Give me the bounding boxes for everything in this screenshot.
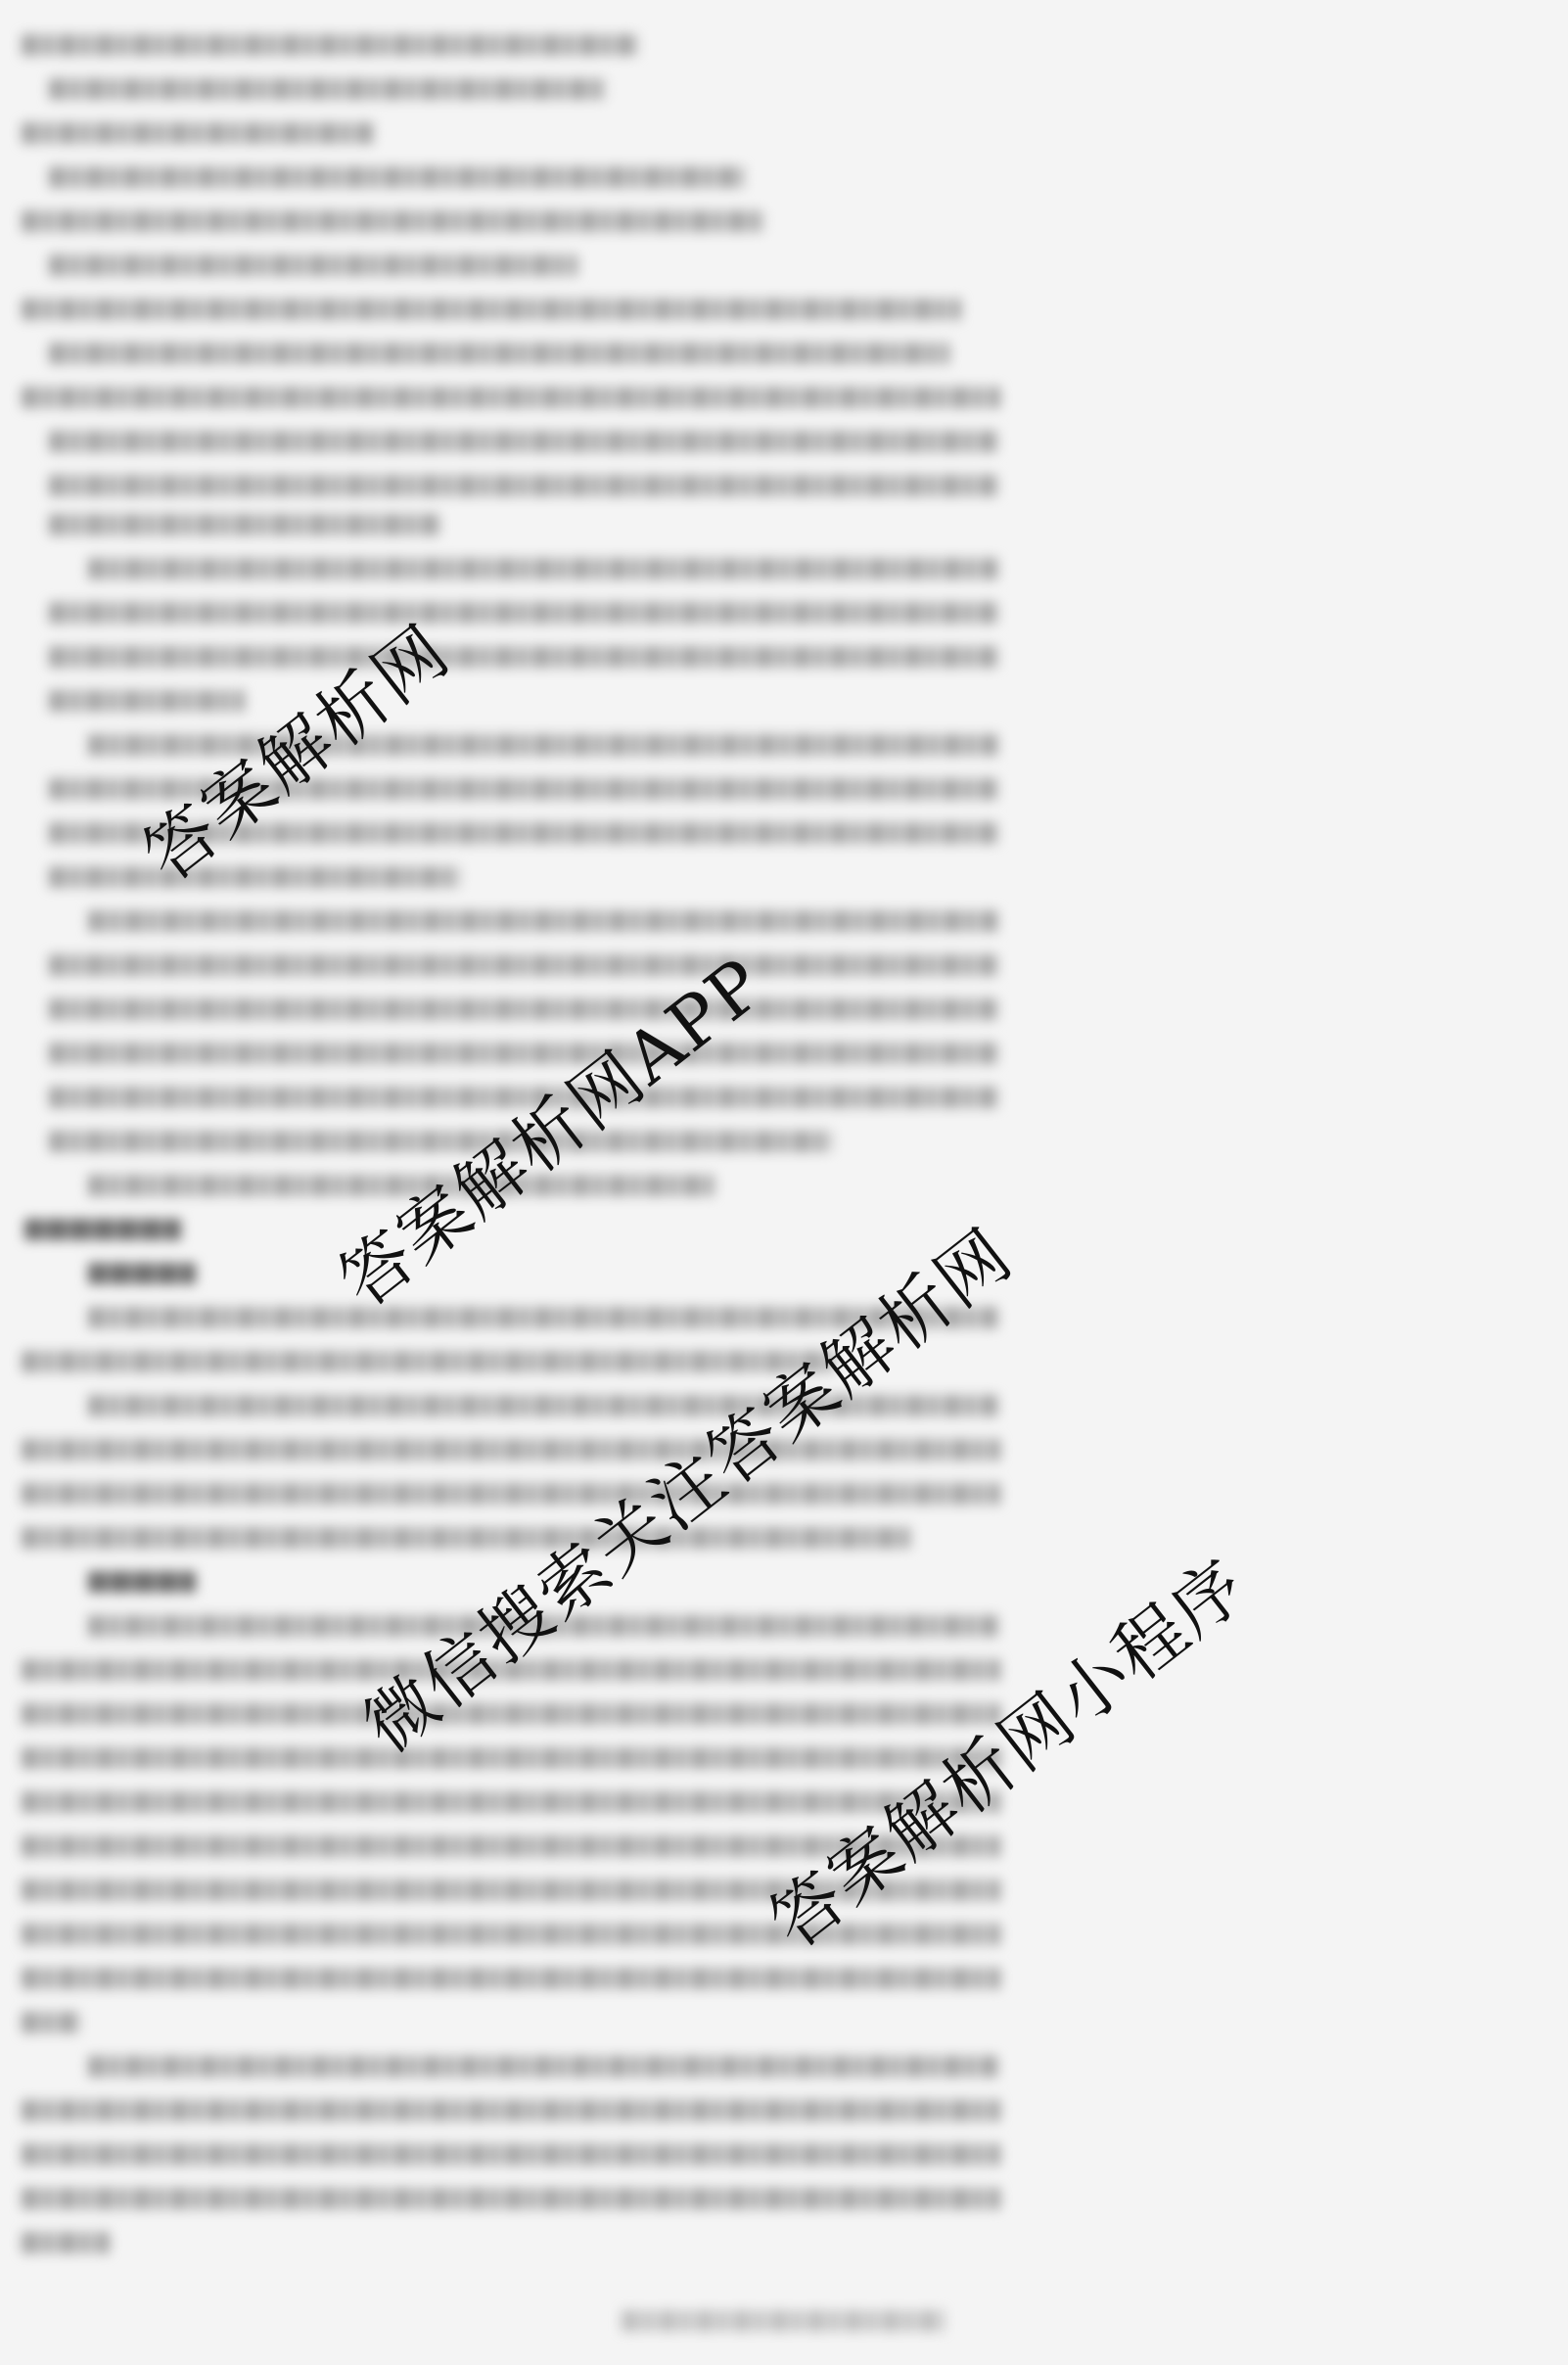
text-line (22, 2100, 1000, 2121)
text-line (22, 1924, 1000, 1945)
text-line (49, 998, 998, 1020)
text-line (49, 431, 998, 452)
text-line (22, 2188, 1000, 2209)
subheading (88, 1263, 196, 1284)
text-line (49, 646, 998, 668)
text-line (22, 1791, 1000, 1813)
text-line (88, 910, 998, 932)
text-line (49, 475, 998, 496)
text-line (22, 1483, 1000, 1505)
text-line (22, 2012, 80, 2033)
text-line (88, 558, 998, 580)
text-line (49, 690, 245, 712)
text-line (22, 2144, 1000, 2165)
text-line (22, 1439, 1000, 1461)
text-line (49, 255, 577, 276)
text-line (22, 1527, 912, 1549)
text-line (22, 1968, 1000, 1989)
section-heading (24, 1219, 181, 1240)
text-line (49, 866, 460, 888)
text-line (22, 1703, 1000, 1725)
text-line (88, 1175, 715, 1196)
subheading (88, 1571, 196, 1593)
text-line (49, 602, 998, 624)
text-line (49, 1131, 832, 1152)
text-line (88, 734, 998, 756)
text-line (49, 954, 998, 976)
text-line (22, 1747, 1000, 1769)
text-line (22, 299, 961, 320)
text-line (22, 387, 1000, 408)
text-line (22, 122, 374, 144)
text-line (22, 1351, 834, 1372)
blurred-document (0, 0, 1568, 2365)
page-footer (622, 2310, 945, 2332)
text-line (22, 2232, 110, 2253)
text-line (49, 166, 744, 188)
text-line (88, 2056, 998, 2077)
text-line (22, 210, 765, 232)
text-line (49, 78, 607, 100)
text-line (22, 34, 638, 56)
text-line (49, 514, 440, 535)
text-line (49, 343, 949, 364)
text-line (49, 1043, 998, 1064)
